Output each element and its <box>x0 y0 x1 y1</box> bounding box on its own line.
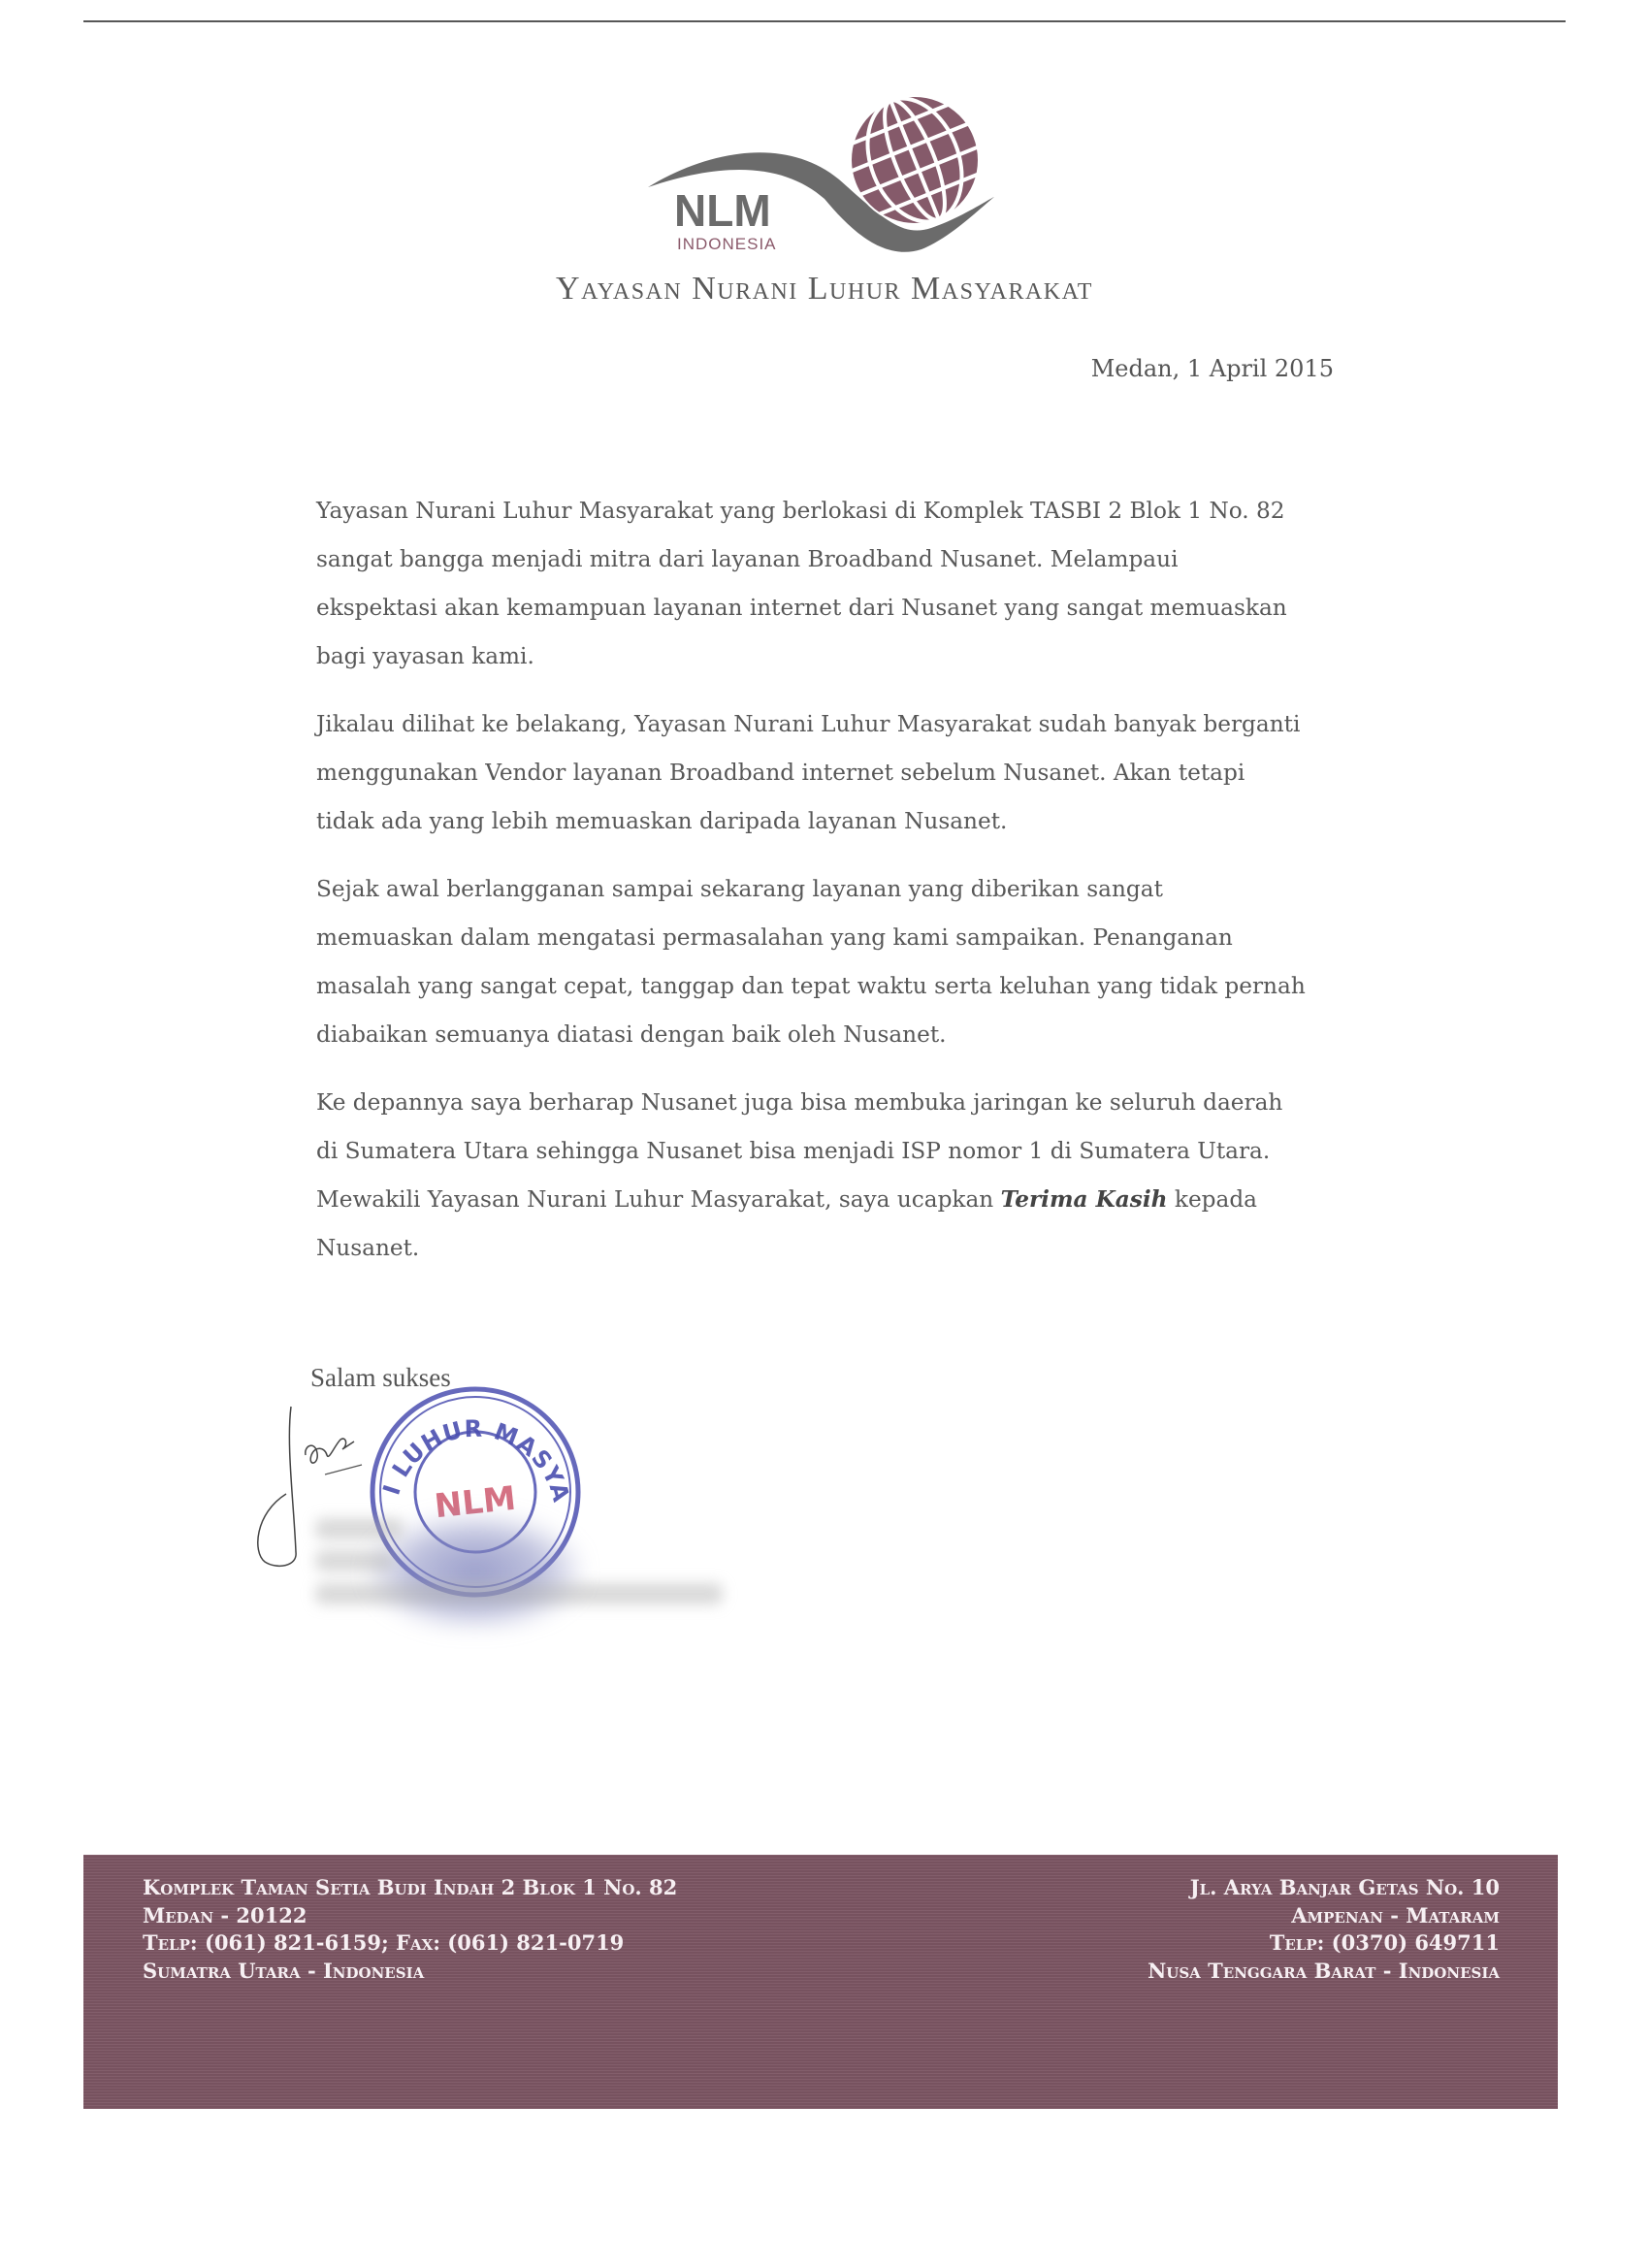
body-line: Ke depannya saya berharap Nusanet juga b… <box>316 1079 1354 1127</box>
body-line-emphasis: Mewakili Yayasan Nurani Luhur Masyarakat… <box>316 1176 1354 1224</box>
body-line: di Sumatera Utara sehingga Nusanet bisa … <box>316 1127 1354 1176</box>
letter-body: Yayasan Nurani Luhur Masyarakat yang ber… <box>316 487 1354 1273</box>
svg-text:NLM: NLM <box>674 185 771 236</box>
footer-line: Telp: (061) 821-6159; Fax: (061) 821-071… <box>143 1929 677 1958</box>
body-line: Sejak awal berlangganan sampai sekarang … <box>316 865 1354 914</box>
text-after: kepada <box>1168 1186 1257 1213</box>
paragraph-2: Jikalau dilihat ke belakang, Yayasan Nur… <box>316 700 1354 846</box>
body-line: memuaskan dalam mengatasi permasalahan y… <box>316 914 1354 962</box>
body-line: Jikalau dilihat ke belakang, Yayasan Nur… <box>316 700 1354 749</box>
footer-line: Nusa Tenggara Barat - Indonesia <box>1148 1958 1500 1986</box>
footer-line: Telp: (0370) 649711 <box>1148 1929 1500 1958</box>
paragraph-4: Ke depannya saya berharap Nusanet juga b… <box>316 1079 1354 1273</box>
body-line: Nusanet. <box>316 1224 1354 1273</box>
paragraph-3: Sejak awal berlangganan sampai sekarang … <box>316 865 1354 1059</box>
body-line: bagi yayasan kami. <box>316 632 1354 681</box>
footer-line: Komplek Taman Setia Budi Indah 2 Blok 1 … <box>143 1874 677 1902</box>
body-line: sangat bangga menjadi mitra dari layanan… <box>316 535 1354 584</box>
organization-name: Yayasan Nurani Luhur Masyarakat <box>0 271 1649 308</box>
thank-you-emphasis: Terima Kasih <box>1001 1186 1168 1213</box>
body-line: masalah yang sangat cepat, tanggap dan t… <box>316 962 1354 1011</box>
letterhead-footer: Komplek Taman Setia Budi Indah 2 Blok 1 … <box>83 1855 1558 2109</box>
footer-line: Sumatra Utara - Indonesia <box>143 1958 677 1986</box>
body-line: diabaikan semuanya diatasi dengan baik o… <box>316 1011 1354 1059</box>
redacted-title <box>315 1550 393 1571</box>
footer-address-mataram: Jl. Arya Banjar Getas No. 10 Ampenan - M… <box>1148 1874 1500 1985</box>
svg-text:INDONESIA: INDONESIA <box>677 235 777 253</box>
top-rule <box>83 20 1566 22</box>
nlm-logo: NLM INDONESIA <box>640 82 1028 262</box>
footer-address-medan: Komplek Taman Setia Budi Indah 2 Blok 1 … <box>143 1874 677 1985</box>
body-line: Yayasan Nurani Luhur Masyarakat yang ber… <box>316 487 1354 535</box>
footer-line: Medan - 20122 <box>143 1902 677 1930</box>
redacted-name <box>315 1518 403 1539</box>
letter-date: Medan, 1 April 2015 <box>1091 355 1334 382</box>
body-line: tidak ada yang lebih memuaskan daripada … <box>316 797 1354 846</box>
body-line: ekspektasi akan kemampuan layanan intern… <box>316 584 1354 632</box>
globe-swoosh-icon: NLM INDONESIA <box>640 82 1028 262</box>
footer-line: Ampenan - Mataram <box>1148 1902 1500 1930</box>
body-line: menggunakan Vendor layanan Broadband int… <box>316 749 1354 797</box>
redacted-position <box>315 1583 723 1604</box>
footer-line: Jl. Arya Banjar Getas No. 10 <box>1148 1874 1500 1902</box>
paragraph-1: Yayasan Nurani Luhur Masyarakat yang ber… <box>316 487 1354 681</box>
text-before: Mewakili Yayasan Nurani Luhur Masyarakat… <box>316 1186 1001 1213</box>
